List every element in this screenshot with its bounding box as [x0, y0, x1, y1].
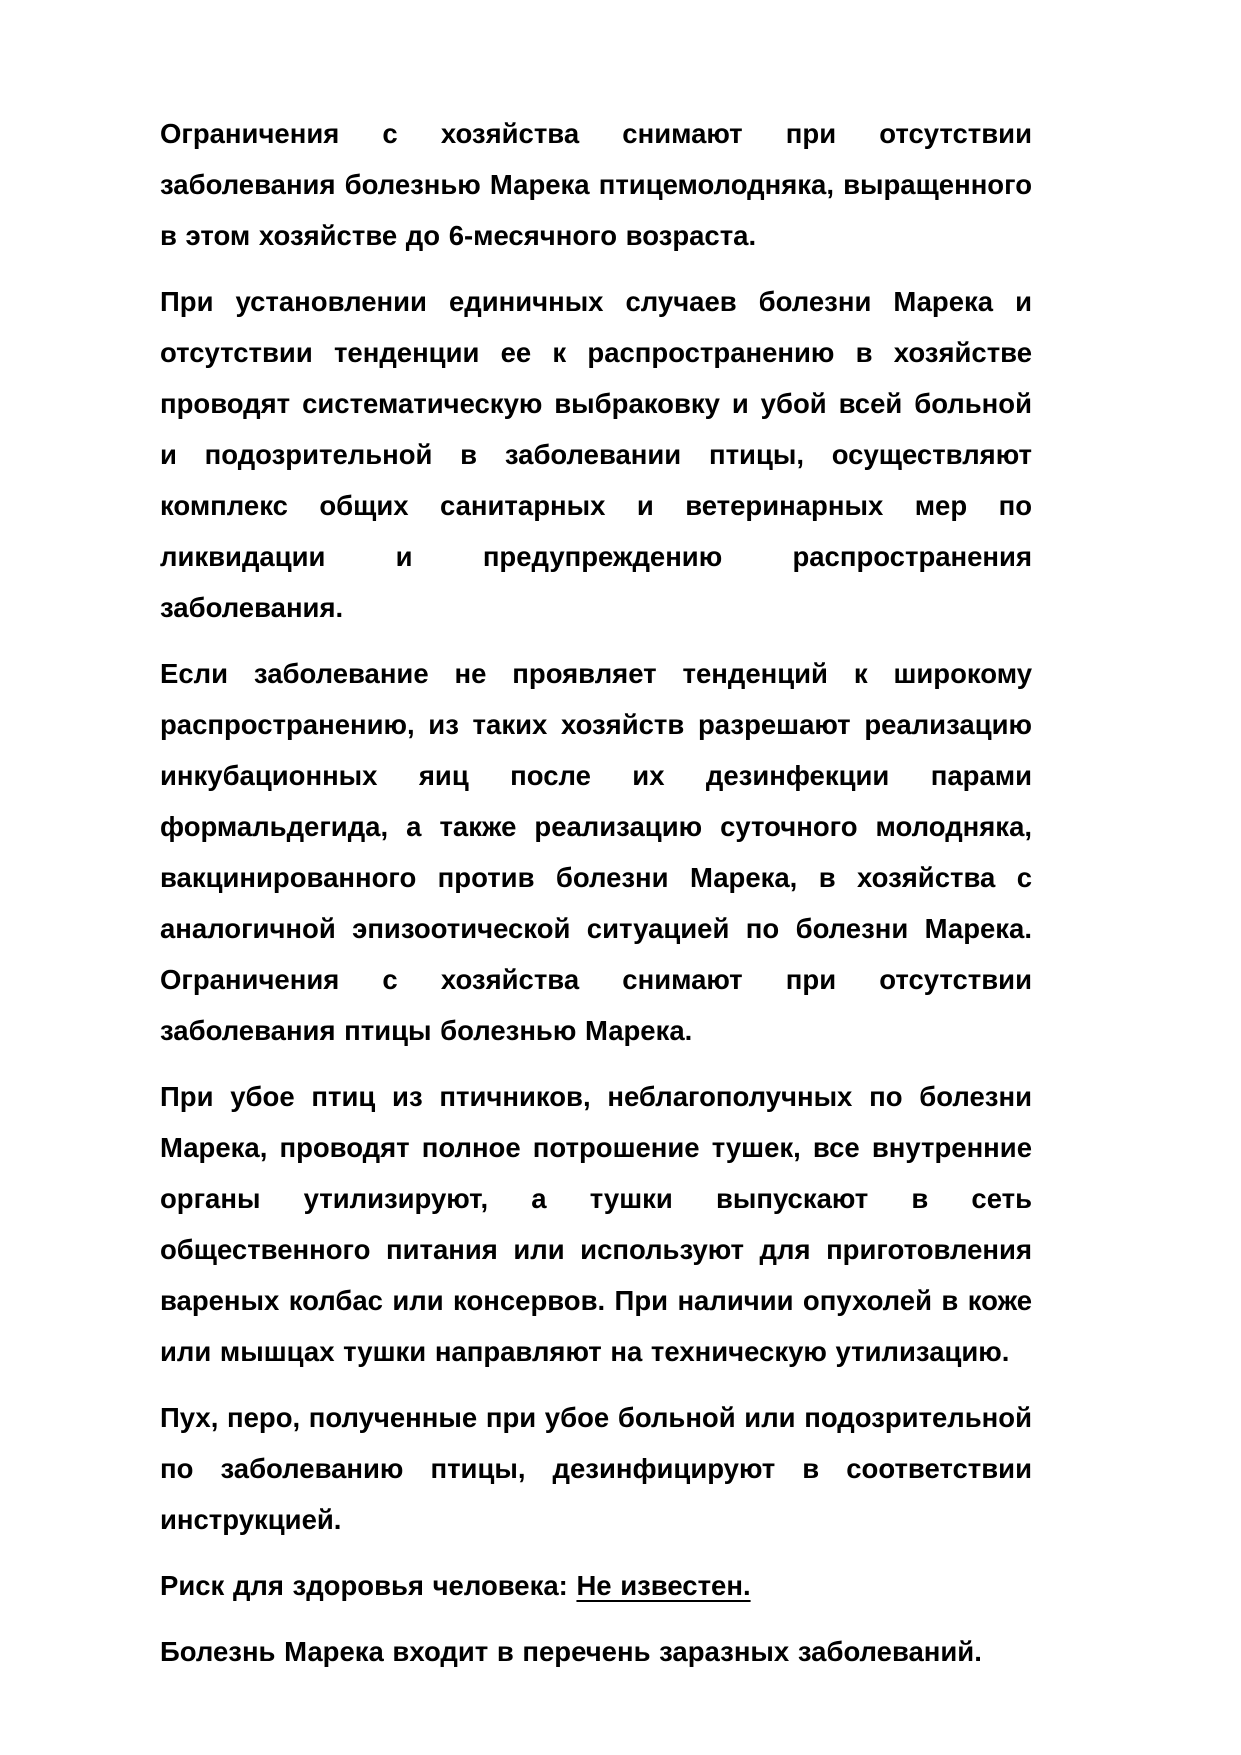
paragraph-isolated-cases: При установлении единичных случаев болез… [160, 276, 1032, 633]
paragraph-feathers-disinfection: Пух, перо, полученные при убое больной и… [160, 1392, 1032, 1545]
risk-line: Риск для здоровья человека: Не известен. [160, 1560, 1032, 1611]
paragraph-restrictions-lifted: Ограничения с хозяйства снимают при отсу… [160, 108, 1032, 261]
risk-value: Не известен. [576, 1570, 750, 1601]
risk-label: Риск для здоровья человека: [160, 1570, 576, 1601]
final-line: Болезнь Марека входит в перечень заразны… [160, 1626, 1032, 1677]
document-page: Ограничения с хозяйства снимают при отсу… [0, 0, 1241, 1755]
paragraph-slaughter-rules: При убое птиц из птичников, неблагополуч… [160, 1071, 1032, 1377]
paragraph-no-spread-tendency: Если заболевание не проявляет тенденций … [160, 648, 1032, 1056]
